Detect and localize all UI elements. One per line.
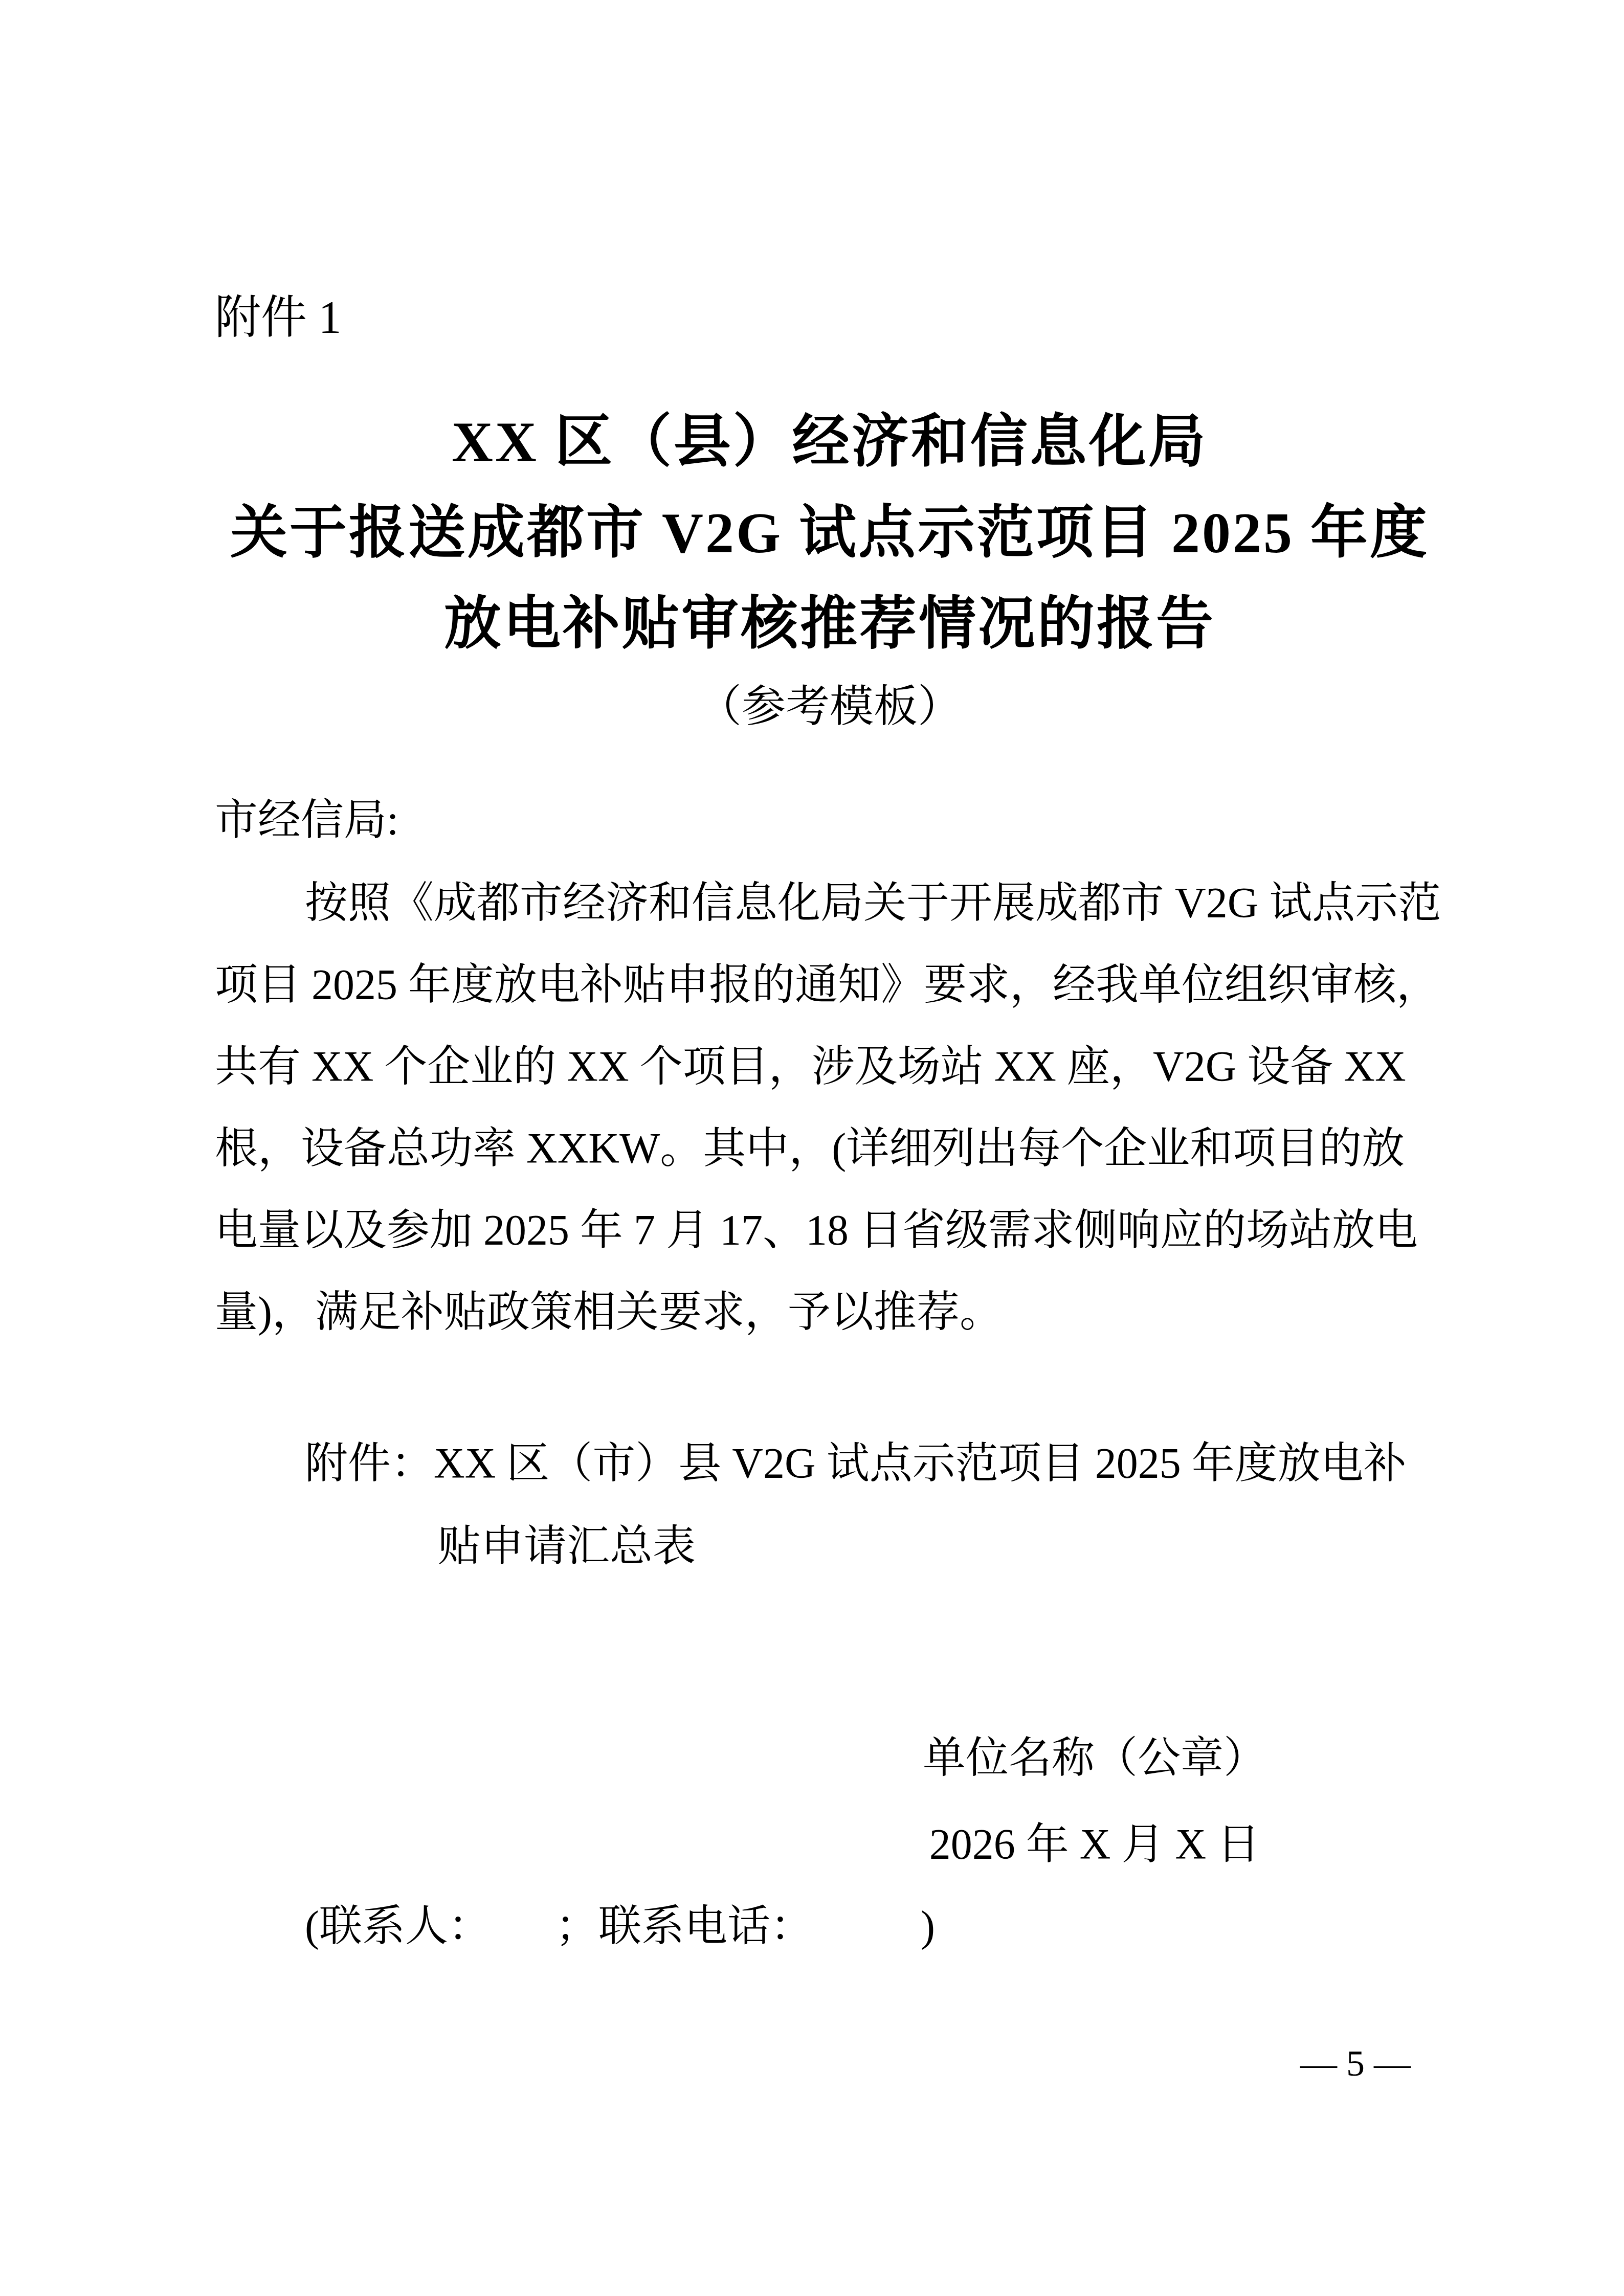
paragraph-line: 量)，满足补贴政策相关要求，予以推荐。 [215, 1272, 1444, 1354]
paragraph-line: 根，设备总功率 XXKW。其中，(详细列出每个企业和项目的放 [215, 1108, 1444, 1190]
salutation: 市经信局: [215, 780, 398, 862]
paragraph-line: 按照《成都市经济和信息化局关于开展成都市 V2G 试点示范 [215, 863, 1444, 944]
signature-unit-name: 单位名称（公章） [737, 1715, 1453, 1802]
signature-date: 2026 年 X 月 X 日 [737, 1802, 1453, 1888]
page-number: — 5 — [1279, 2038, 1432, 2089]
body-paragraph: 按照《成都市经济和信息化局关于开展成都市 V2G 试点示范 项目 2025 年度… [215, 863, 1444, 1354]
document-title: XX 区（县）经济和信息化局 关于报送成都市 V2G 试点示范项目 2025 年… [215, 397, 1444, 670]
paragraph-line: 电量以及参加 2025 年 7 月 17、18 日省级需求侧响应的场站放电 [215, 1190, 1444, 1272]
document-subtitle: （参考模板） [215, 666, 1444, 748]
signature-block: 单位名称（公章） 2026 年 X 月 X 日 [737, 1715, 1453, 1888]
paragraph-line: 项目 2025 年度放电补贴申报的通知》要求，经我单位组织审核， [215, 944, 1444, 1026]
paragraph-line: 共有 XX 个企业的 XX 个项目，涉及场站 XX 座，V2G 设备 XX [215, 1026, 1444, 1108]
document-page: 附件 1 XX 区（县）经济和信息化局 关于报送成都市 V2G 试点示范项目 2… [0, 0, 1624, 2296]
contact-line: (联系人： ；联系电话： ) [215, 1886, 1444, 1968]
attachment-note-line-2: 贴申请汇总表 [438, 1505, 1444, 1588]
attachment-label: 附件 1 [215, 287, 342, 349]
title-line-1: XX 区（县）经济和信息化局 [215, 397, 1444, 488]
title-line-2: 关于报送成都市 V2G 试点示范项目 2025 年度 [215, 488, 1444, 579]
attachment-note-line-1: 附件：XX 区（市）县 V2G 试点示范项目 2025 年度放电补 [305, 1423, 1444, 1505]
attachment-note: 附件：XX 区（市）县 V2G 试点示范项目 2025 年度放电补 贴申请汇总表 [215, 1423, 1444, 1588]
title-line-3: 放电补贴审核推荐情况的报告 [215, 579, 1444, 670]
